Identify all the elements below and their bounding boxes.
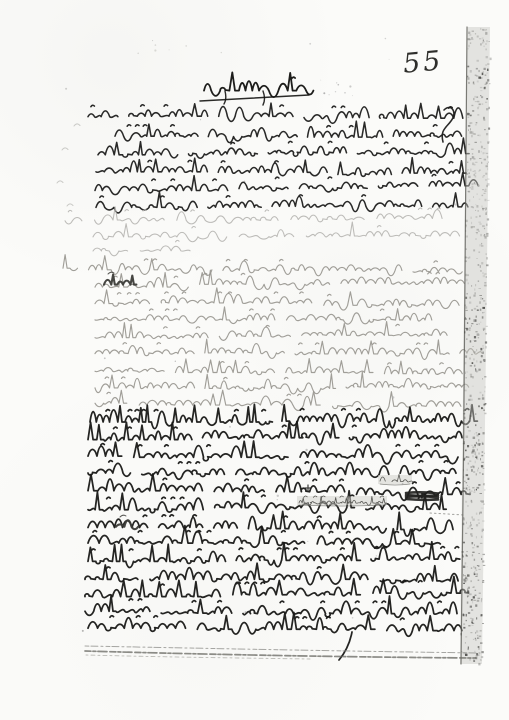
band-noise — [482, 195, 484, 196]
band-noise — [479, 104, 481, 106]
band-noise — [470, 340, 472, 342]
band-noise — [478, 453, 480, 455]
band-noise — [479, 199, 481, 200]
band-noise — [472, 153, 473, 154]
band-noise — [472, 110, 474, 112]
band-noise — [466, 620, 467, 621]
speckle — [402, 483, 404, 485]
band-noise — [479, 170, 481, 171]
band-noise — [472, 519, 474, 521]
band-noise — [475, 124, 477, 126]
band-noise — [475, 638, 476, 639]
band-noise — [486, 73, 488, 74]
band-noise — [481, 558, 482, 560]
handwritten-line — [85, 577, 469, 600]
band-noise — [474, 319, 475, 322]
handwritten-line — [96, 192, 468, 213]
band-noise — [472, 131, 474, 133]
band-noise — [480, 90, 482, 91]
band-noise — [471, 325, 472, 327]
band-noise — [482, 312, 484, 313]
ink-stroke — [85, 577, 469, 600]
band-noise — [484, 68, 486, 70]
band-noise — [476, 238, 477, 240]
band-noise — [478, 398, 481, 400]
band-noise — [469, 489, 470, 491]
band-noise — [466, 474, 469, 476]
band-noise — [476, 324, 478, 325]
band-noise — [483, 410, 485, 411]
band-noise — [480, 458, 481, 460]
band-noise — [468, 117, 470, 118]
band-noise — [468, 144, 470, 145]
band-noise — [482, 560, 484, 562]
speckle — [305, 449, 307, 451]
speckle — [229, 426, 231, 428]
band-noise — [478, 468, 479, 470]
band-noise — [485, 303, 487, 305]
band-noise — [471, 445, 473, 446]
band-noise — [488, 128, 490, 130]
band-noise — [478, 185, 480, 187]
band-noise — [486, 165, 488, 167]
band-noise — [485, 32, 486, 34]
band-noise — [477, 638, 478, 639]
band-noise — [467, 371, 468, 372]
handwritten-line — [95, 322, 447, 341]
band-noise — [474, 660, 475, 662]
band-noise — [473, 446, 474, 448]
band-noise — [478, 107, 479, 109]
band-noise — [474, 491, 476, 493]
band-noise — [471, 309, 472, 311]
handwriting-ink-layer — [0, 0, 509, 720]
band-noise — [476, 536, 477, 538]
band-noise — [489, 107, 490, 109]
speckle — [277, 495, 279, 497]
band-noise — [477, 114, 479, 115]
ink-stroke — [95, 270, 464, 291]
band-noise — [470, 122, 471, 124]
ink-stroke — [67, 204, 73, 206]
band-noise — [471, 501, 473, 504]
band-noise — [481, 262, 483, 264]
speckle — [155, 44, 157, 46]
ink-stroke — [88, 613, 462, 637]
band-noise — [481, 656, 483, 658]
band-noise — [482, 346, 483, 347]
band-noise — [480, 95, 481, 96]
band-noise — [482, 443, 484, 445]
band-noise — [486, 40, 488, 42]
band-noise — [485, 179, 486, 180]
band-noise — [479, 158, 482, 159]
band-noise — [481, 162, 482, 163]
band-noise — [486, 257, 487, 259]
band-noise — [465, 576, 467, 578]
band-noise — [485, 64, 486, 65]
band-noise — [481, 206, 482, 208]
band-noise — [469, 318, 470, 320]
band-noise — [477, 443, 479, 446]
band-noise — [475, 210, 476, 211]
band-noise — [470, 217, 472, 219]
band-noise — [472, 183, 474, 185]
band-noise — [478, 648, 480, 650]
band-noise — [474, 365, 476, 367]
speckle — [137, 53, 139, 55]
band-noise — [476, 630, 478, 632]
band-noise — [480, 297, 482, 300]
band-noise — [474, 292, 476, 294]
band-noise — [468, 334, 470, 336]
speckle — [152, 40, 153, 41]
band-noise — [469, 492, 471, 494]
band-noise — [480, 500, 481, 502]
band-noise — [477, 36, 479, 38]
band-noise — [477, 101, 479, 103]
speckle — [244, 181, 246, 183]
band-noise — [469, 327, 471, 329]
band-noise — [474, 170, 476, 172]
band-noise — [476, 473, 477, 475]
band-noise — [471, 135, 473, 138]
band-noise — [486, 253, 487, 255]
band-noise — [484, 413, 486, 415]
ink-stroke — [406, 492, 438, 493]
band-noise — [483, 360, 485, 361]
band-noise — [486, 185, 488, 187]
band-noise — [489, 83, 490, 84]
band-noise — [465, 306, 467, 309]
band-noise — [480, 265, 481, 268]
band-noise — [471, 39, 473, 40]
band-noise — [463, 583, 465, 584]
band-noise — [466, 488, 468, 490]
band-noise — [468, 625, 470, 626]
band-noise — [476, 205, 478, 208]
handwritten-line — [88, 421, 462, 444]
band-noise — [485, 102, 487, 103]
band-noise — [478, 405, 480, 407]
band-noise — [486, 133, 488, 135]
band-noise — [471, 149, 473, 150]
band-noise — [466, 328, 468, 330]
band-noise — [480, 322, 481, 323]
band-noise — [483, 40, 484, 42]
band-noise — [485, 189, 486, 190]
annotation-ink-blot — [406, 492, 438, 500]
band-noise — [470, 395, 472, 397]
band-noise — [469, 358, 471, 360]
band-noise — [473, 600, 476, 601]
annotation-tiny-note — [378, 474, 413, 485]
handwritten-line — [95, 288, 459, 310]
band-noise — [473, 81, 474, 83]
band-noise — [471, 323, 473, 324]
handwritten-line — [95, 372, 469, 394]
band-noise — [468, 125, 470, 127]
band-noise — [475, 604, 477, 606]
band-noise — [476, 258, 478, 259]
band-noise — [465, 562, 467, 564]
band-noise — [483, 119, 485, 121]
band-noise — [486, 276, 487, 277]
band-noise — [485, 49, 487, 51]
band-noise — [481, 151, 482, 153]
band-noise — [480, 270, 482, 272]
band-noise — [468, 282, 469, 284]
band-noise — [466, 436, 469, 439]
band-noise — [473, 171, 474, 172]
band-noise — [466, 403, 467, 405]
band-noise — [476, 524, 478, 526]
speckle — [323, 92, 325, 94]
band-noise — [465, 372, 466, 375]
band-noise — [473, 196, 474, 198]
band-noise — [479, 301, 481, 304]
band-noise — [480, 361, 482, 363]
band-noise — [466, 482, 468, 483]
band-noise — [474, 571, 475, 573]
band-noise — [483, 46, 484, 47]
band-noise — [480, 512, 482, 514]
band-noise — [478, 598, 481, 599]
band-noise — [465, 501, 467, 503]
band-noise — [480, 642, 483, 643]
band-noise — [473, 566, 474, 568]
handwritten-line — [88, 613, 462, 637]
band-noise — [470, 374, 472, 376]
band-noise — [476, 459, 478, 460]
band-noise — [468, 648, 469, 650]
band-noise — [477, 229, 479, 231]
band-noise — [478, 553, 479, 554]
band-noise — [480, 543, 483, 544]
band-noise — [472, 618, 474, 621]
band-noise — [481, 96, 483, 98]
band-noise — [470, 399, 473, 401]
band-noise — [485, 386, 486, 388]
band-noise — [478, 106, 479, 107]
band-noise — [467, 566, 468, 567]
band-noise — [465, 636, 467, 637]
band-noise — [476, 442, 477, 444]
band-noise — [476, 68, 478, 70]
band-noise — [476, 97, 478, 98]
band-noise — [475, 142, 477, 143]
band-noise — [478, 334, 480, 336]
band-noise — [472, 552, 474, 553]
band-noise — [478, 77, 481, 79]
band-noise — [466, 293, 468, 294]
band-noise — [477, 487, 480, 489]
band-noise — [474, 158, 475, 160]
band-noise — [480, 87, 482, 88]
band-noise — [465, 377, 467, 378]
band-noise — [466, 522, 467, 524]
band-noise — [487, 236, 489, 237]
band-noise — [487, 156, 488, 158]
band-noise — [483, 175, 485, 176]
band-noise — [465, 642, 466, 643]
band-noise — [468, 399, 470, 401]
handwritten-line — [88, 441, 458, 464]
band-noise — [479, 512, 480, 514]
band-noise — [474, 288, 475, 290]
band-noise — [484, 148, 486, 149]
band-noise — [483, 235, 485, 236]
band-noise — [467, 602, 469, 604]
ink-stroke — [88, 491, 446, 514]
band-noise — [470, 533, 472, 535]
band-noise — [474, 651, 475, 652]
band-noise — [479, 171, 480, 172]
band-noise — [475, 567, 477, 569]
band-noise — [482, 37, 484, 39]
band-noise — [481, 508, 484, 509]
ink-stroke — [88, 421, 462, 444]
band-noise — [473, 437, 476, 439]
speckle — [352, 95, 353, 96]
speckle — [344, 92, 346, 94]
band-noise — [484, 190, 486, 192]
band-noise — [479, 638, 481, 639]
ink-stroke — [299, 505, 385, 506]
band-noise — [478, 569, 480, 570]
band-noise — [469, 491, 470, 492]
band-noise — [488, 162, 489, 163]
band-noise — [467, 574, 470, 576]
band-noise — [478, 646, 480, 648]
speckle — [376, 555, 377, 556]
speckle — [336, 82, 337, 83]
band-noise — [483, 468, 485, 469]
band-noise — [472, 487, 474, 488]
band-noise — [474, 489, 475, 490]
band-noise — [486, 82, 488, 84]
band-noise — [485, 341, 487, 343]
band-noise — [474, 433, 475, 434]
band-noise — [475, 632, 476, 634]
band-noise — [467, 590, 469, 593]
annotation-dotted-trail — [430, 513, 464, 515]
band-noise — [470, 128, 471, 130]
band-noise — [469, 187, 471, 188]
speckle — [335, 91, 336, 92]
band-noise — [472, 451, 474, 453]
band-noise — [481, 355, 483, 357]
band-noise — [487, 163, 488, 164]
band-noise — [481, 466, 483, 468]
band-noise — [478, 231, 480, 232]
handwritten-line — [93, 240, 190, 255]
band-noise — [471, 535, 473, 537]
band-noise — [484, 159, 486, 161]
band-noise — [486, 108, 488, 110]
band-noise — [476, 216, 478, 218]
band-noise — [479, 593, 481, 594]
band-noise — [467, 48, 469, 49]
band-noise — [483, 404, 485, 406]
speckle — [277, 499, 278, 500]
band-noise — [483, 328, 486, 330]
band-noise — [467, 527, 469, 529]
band-noise — [472, 554, 473, 556]
band-noise — [486, 56, 488, 58]
band-noise — [466, 338, 467, 340]
band-noise — [478, 439, 479, 441]
band-noise — [472, 226, 475, 228]
band-noise — [470, 365, 472, 366]
handwritten-line — [95, 270, 464, 291]
band-noise — [480, 348, 482, 351]
band-noise — [476, 513, 477, 515]
band-noise — [479, 472, 480, 473]
band-noise — [485, 346, 486, 349]
band-noise — [471, 186, 473, 189]
band-noise — [486, 326, 488, 327]
band-noise — [480, 43, 481, 45]
band-noise — [476, 232, 478, 234]
band-noise — [471, 580, 472, 582]
band-noise — [487, 168, 488, 171]
band-noise — [467, 162, 468, 163]
band-noise — [472, 516, 473, 518]
band-noise — [486, 264, 489, 266]
band-noise — [473, 586, 475, 588]
band-noise — [467, 77, 469, 80]
band-noise — [480, 392, 482, 394]
band-noise — [469, 404, 471, 405]
band-noise — [475, 175, 477, 177]
ink-stroke — [204, 72, 313, 97]
band-noise — [472, 601, 473, 604]
band-noise — [484, 391, 485, 393]
band-noise — [487, 79, 489, 81]
band-noise — [476, 194, 478, 195]
band-noise — [475, 172, 477, 174]
ink-stroke — [96, 192, 468, 213]
band-noise — [483, 41, 485, 42]
handwritten-line — [93, 222, 460, 242]
band-noise — [468, 647, 469, 649]
band-noise — [468, 587, 470, 589]
band-noise — [475, 414, 476, 415]
band-noise — [482, 29, 484, 30]
band-noise — [474, 133, 476, 135]
band-noise — [471, 609, 473, 611]
band-noise — [482, 451, 484, 453]
speckle — [221, 52, 222, 53]
band-noise — [473, 249, 475, 251]
ink-stroke — [406, 499, 438, 500]
band-noise — [478, 264, 480, 266]
band-noise — [467, 171, 468, 172]
band-noise — [475, 590, 477, 591]
speckle — [175, 361, 176, 362]
band-noise — [475, 639, 477, 641]
note-smudge — [297, 496, 387, 505]
note-smudge — [378, 475, 412, 484]
band-noise — [472, 163, 474, 166]
band-noise — [483, 152, 484, 154]
band-noise — [467, 274, 469, 276]
band-noise — [474, 336, 476, 338]
band-noise — [468, 505, 469, 507]
band-noise — [475, 75, 477, 76]
band-noise — [473, 596, 475, 598]
